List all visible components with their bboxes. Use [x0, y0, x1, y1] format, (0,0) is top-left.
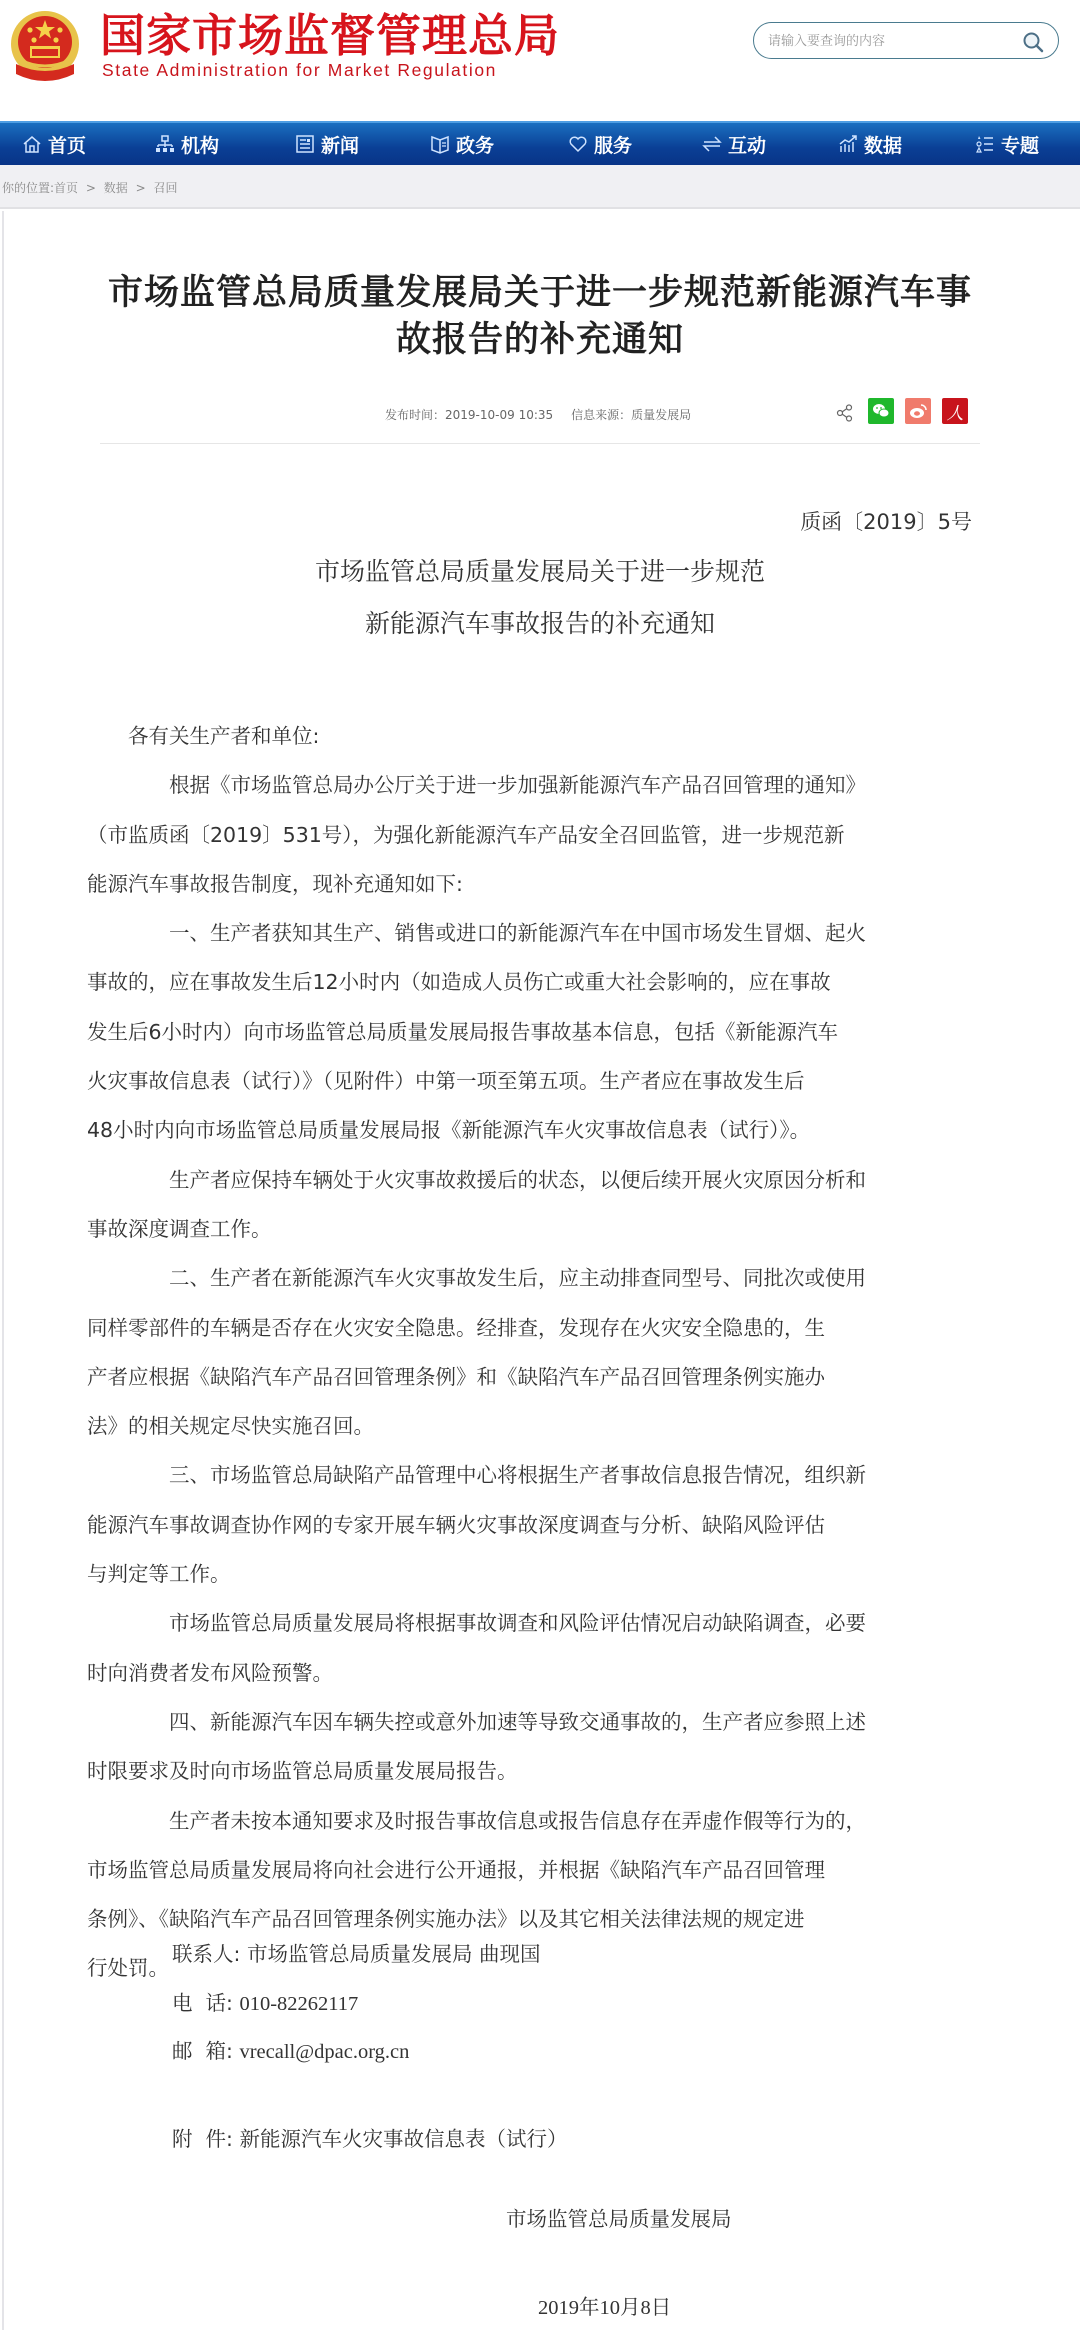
breadcrumb-link-recall[interactable]: 召回 [154, 181, 178, 195]
breadcrumb-prefix: 你的位置: [2, 181, 54, 195]
nav-item-label: 首页 [48, 131, 86, 158]
text-line: 事故深度调查工作。 [128, 1205, 974, 1254]
contact-phone-label: 电 话: [172, 1991, 233, 2015]
search-input[interactable] [768, 29, 1008, 53]
text-line: 能源汽车事故报告制度，现补充通知如下: [128, 860, 974, 909]
attachment-link[interactable]: 新能源汽车火灾事故信息表（试行） [239, 2127, 567, 2151]
people-icon: 人 [947, 399, 964, 424]
exchange-arrows-icon [702, 134, 722, 154]
document-number: 质函〔2019〕5号 [800, 506, 972, 536]
text-line: 市场监管总局质量发展局将根据事故调查和风险评估情况启动缺陷调查，必要 [128, 1599, 974, 1648]
attachment: 附 件: 新能源汽车火灾事故信息表（试行） [172, 2122, 567, 2152]
text-line: 事故的，应在事故发生后12小时内（如造成人员伤亡或重大社会影响的，应在事故 [128, 958, 974, 1007]
text-line: 三、市场监管总局缺陷产品管理中心将根据生产者事故信息报告情况，组织新 [128, 1451, 974, 1500]
article-meta: 发布时间：2019-10-09 10:35信息来源：质量发展局 [385, 406, 691, 423]
nav-item-services[interactable]: 服务 [568, 123, 632, 165]
source-label: 信息来源： [571, 408, 631, 422]
contact-person: 联系人: 市场监管总局质量发展局 曲现国 [172, 1937, 540, 1967]
signature-date: 2019年10月8日 [538, 2290, 671, 2320]
text-line: 与判定等工作。 [128, 1550, 974, 1599]
nav-item-interaction[interactable]: 互动 [702, 123, 766, 165]
nav-item-label: 专题 [1001, 131, 1039, 158]
paragraph-item-3: 三、市场监管总局缺陷产品管理中心将根据生产者事故信息报告情况，组织新 能源汽车事… [128, 1451, 974, 1599]
text-line: 生产者未按本通知要求及时报告事故信息或报告信息存在弄虚作假等行为的， [128, 1797, 974, 1846]
home-icon [22, 134, 42, 154]
contact-phone: 电 话: 010-82262117 [172, 1986, 358, 2016]
breadcrumb-bar: 你的位置:首页 > 数据 > 召回 [0, 165, 1080, 209]
org-chart-icon [155, 134, 175, 154]
trend-chart-icon [838, 134, 858, 154]
text-line: 发生后6小时内）向市场监管总局质量发展局报告事故基本信息，包括《新能源汽车 [128, 1008, 974, 1057]
divider [100, 443, 980, 444]
nav-item-topics[interactable]: 专题 [975, 123, 1039, 165]
text-line: 能源汽车事故调查协作网的专家开展车辆火灾事故深度调查与分析、缺陷风险评估 [128, 1501, 974, 1550]
salutation: 各有关生产者和单位: [128, 712, 974, 761]
text-line: 时限要求及时向市场监管总局质量发展局报告。 [128, 1747, 974, 1796]
nav-item-label: 互动 [728, 131, 766, 158]
contact-person-label: 联系人: [172, 1942, 240, 1966]
nav-item-data[interactable]: 数据 [838, 123, 902, 165]
wechat-icon [872, 403, 890, 419]
breadcrumb-separator: > [136, 181, 146, 195]
source: 质量发展局 [631, 408, 691, 422]
nav-item-label: 服务 [594, 131, 632, 158]
wechat-share-button[interactable] [868, 398, 894, 424]
contact-phone-value: 010-82262117 [239, 1993, 358, 2015]
text-line: 根据《市场监管总局办公厅关于进一步加强新能源汽车产品召回管理的通知》 [128, 761, 974, 810]
article-title: 市场监管总局质量发展局关于进一步规范新能源汽车事故报告的补充通知 [100, 270, 980, 364]
main-nav: 首页 机构 新闻 政务 服务 互动 数据 专题 [0, 121, 1080, 165]
breadcrumb-link-data[interactable]: 数据 [104, 181, 128, 195]
text-line: 同样零部件的车辆是否存在火灾安全隐患。经排查，发现存在火灾安全隐患的，生 [128, 1304, 974, 1353]
contact-person-value: 市场监管总局质量发展局 曲现国 [247, 1942, 541, 1966]
site-header: 国家市场监督管理总局 State Administration for Mark… [0, 0, 1080, 120]
nav-item-label: 政务 [456, 131, 494, 158]
nav-item-affairs[interactable]: 政务 [430, 123, 494, 165]
breadcrumb-separator: > [86, 181, 96, 195]
nav-item-org[interactable]: 机构 [155, 123, 219, 165]
contact-email: 邮 箱: vrecall@dpac.org.cn [172, 2034, 409, 2064]
signature: 市场监管总局质量发展局 [506, 2202, 732, 2232]
paragraph-item-1b: 生产者应保持车辆处于火灾事故救援后的状态，以便后续开展火灾原因分析和 事故深度调… [128, 1156, 974, 1255]
text-line: 时向消费者发布风险预警。 [128, 1649, 974, 1698]
paragraph-item-4: 四、新能源汽车因车辆失控或意外加速等导致交通事故的，生产者应参照上述 时限要求及… [128, 1698, 974, 1797]
paragraph-item-1: 一、生产者获知其生产、销售或进口的新能源汽车在中国市场发生冒烟、起火 事故的，应… [128, 909, 974, 1155]
search-icon[interactable] [1022, 31, 1044, 53]
publish-time-label: 发布时间： [385, 408, 445, 422]
weibo-share-button[interactable] [905, 398, 931, 424]
share-icon[interactable] [836, 404, 854, 422]
document-heading-line1: 市场监管总局质量发展局关于进一步规范 [100, 552, 980, 588]
text-line: 二、生产者在新能源汽车火灾事故发生后，应主动排查同型号、同批次或使用 [128, 1254, 974, 1303]
national-emblem-icon[interactable] [8, 8, 82, 86]
paragraph-intro: 根据《市场监管总局办公厅关于进一步加强新能源汽车产品召回管理的通知》 （市监质函… [128, 761, 974, 909]
text-line: 一、生产者获知其生产、销售或进口的新能源汽车在中国市场发生冒烟、起火 [128, 909, 974, 958]
heart-icon [568, 134, 588, 154]
people-share-button[interactable]: 人 [942, 398, 968, 424]
nav-item-label: 新闻 [321, 131, 359, 158]
text-line: 火灾事故信息表（试行）》（见附件）中第一项至第五项。生产者应在事故发生后 [128, 1057, 974, 1106]
contact-email-value[interactable]: vrecall@dpac.org.cn [239, 2041, 409, 2063]
document-heading-line2: 新能源汽车事故报告的补充通知 [100, 604, 980, 640]
weibo-icon [909, 403, 927, 419]
site-title: 国家市场监督管理总局 [100, 10, 560, 62]
text-line: （市监质函〔2019〕531号），为强化新能源汽车产品安全召回监管，进一步规范新 [128, 811, 974, 860]
text-line: 市场监管总局质量发展局将向社会进行公开通报，并根据《缺陷汽车产品召回管理 [128, 1846, 974, 1895]
nav-item-news[interactable]: 新闻 [295, 123, 359, 165]
news-icon [295, 134, 315, 154]
publish-time: 2019-10-09 10:35 [445, 408, 553, 422]
breadcrumb: 你的位置:首页 > 数据 > 召回 [2, 179, 178, 196]
text-line: 法》的相关规定尽快实施召回。 [128, 1402, 974, 1451]
nav-item-home[interactable]: 首页 [22, 123, 86, 165]
site-subtitle: State Administration for Market Regulati… [102, 60, 497, 81]
nav-item-label: 机构 [181, 131, 219, 158]
nav-item-label: 数据 [864, 131, 902, 158]
text-line: 48小时内向市场监管总局质量发展局报《新能源汽车火灾事故信息表（试行）》。 [128, 1106, 974, 1155]
attachment-label: 附 件: [172, 2127, 233, 2151]
list-icon [975, 134, 995, 154]
contact-email-label: 邮 箱: [172, 2039, 233, 2063]
paragraph-item-2: 二、生产者在新能源汽车火灾事故发生后，应主动排查同型号、同批次或使用 同样零部件… [128, 1254, 974, 1451]
paragraph-item-3b: 市场监管总局质量发展局将根据事故调查和风险评估情况启动缺陷调查，必要 时向消费者… [128, 1599, 974, 1698]
text-line: 产者应根据《缺陷汽车产品召回管理条例》和《缺陷汽车产品召回管理条例实施办 [128, 1353, 974, 1402]
document-body: 各有关生产者和单位: 根据《市场监管总局办公厅关于进一步加强新能源汽车产品召回管… [128, 712, 974, 1994]
text-line: 四、新能源汽车因车辆失控或意外加速等导致交通事故的，生产者应参照上述 [128, 1698, 974, 1747]
government-affairs-icon [430, 134, 450, 154]
text-line: 生产者应保持车辆处于火灾事故救援后的状态，以便后续开展火灾原因分析和 [128, 1156, 974, 1205]
breadcrumb-link-home[interactable]: 首页 [54, 181, 78, 195]
search-box [753, 22, 1059, 59]
